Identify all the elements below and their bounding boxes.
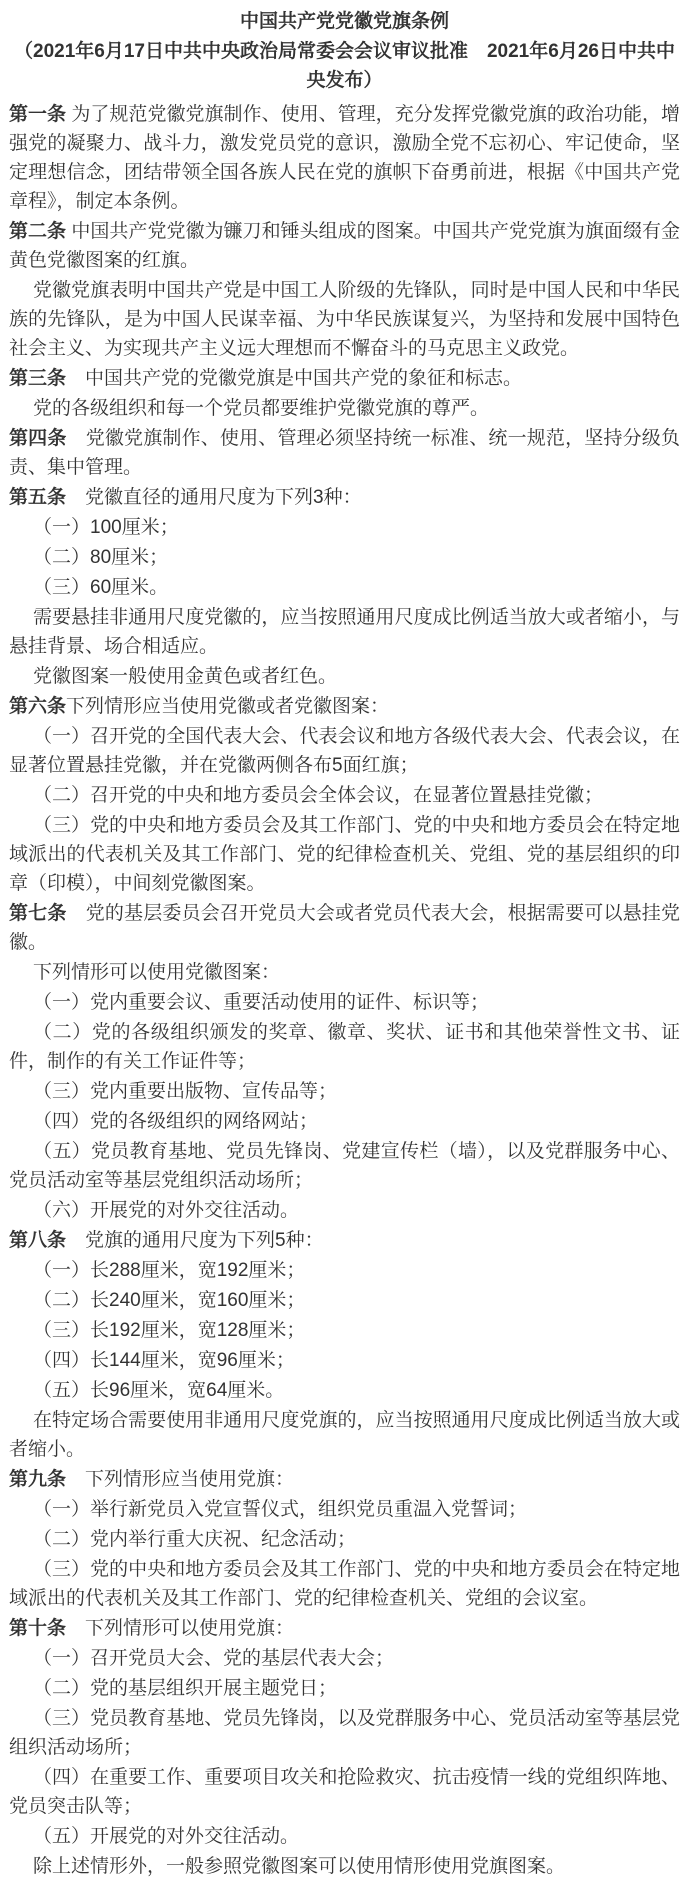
article-label: 第三条	[9, 368, 66, 389]
paragraph: （二）党的基层组织开展主题党日；	[9, 1674, 680, 1703]
paragraph: 党徽图案一般使用金黄色或者红色。	[9, 662, 680, 691]
paragraph: 下列情形可以使用党徽图案：	[9, 958, 680, 987]
article-paragraph: 第八条 党旗的通用尺度为下列5种：	[9, 1226, 680, 1255]
paragraph: （二）党的各级组织颁发的奖章、徽章、奖状、证书和其他荣誉性文书、证件，制作的有关…	[9, 1018, 680, 1076]
article-paragraph: 第三条 中国共产党的党徽党旗是中国共产党的象征和标志。	[9, 364, 680, 393]
paragraph: （三）长192厘米，宽128厘米；	[9, 1316, 680, 1345]
paragraph: （二）长240厘米，宽160厘米；	[9, 1286, 680, 1315]
paragraph: （一）召开党员大会、党的基层代表大会；	[9, 1644, 680, 1673]
paragraph: （二）80厘米；	[9, 543, 680, 572]
paragraph: （三）60厘米。	[9, 573, 680, 602]
paragraph: （二）党内举行重大庆祝、纪念活动；	[9, 1525, 680, 1554]
paragraph: （三）党内重要出版物、宣传品等；	[9, 1077, 680, 1106]
article-label: 第二条	[9, 221, 66, 242]
paragraph: （五）长96厘米，宽64厘米。	[9, 1376, 680, 1405]
article-paragraph: 第七条 党的基层委员会召开党员大会或者党员代表大会，根据需要可以悬挂党徽。	[9, 899, 680, 957]
article-label: 第十条	[9, 1618, 66, 1639]
paragraph: （三）党的中央和地方委员会及其工作部门、党的中央和地方委员会在特定地域派出的代表…	[9, 811, 680, 898]
paragraph: （一）召开党的全国代表大会、代表会议和地方各级代表大会、代表会议，在显著位置悬挂…	[9, 722, 680, 780]
paragraph: （六）开展党的对外交往活动。	[9, 1196, 680, 1225]
paragraph: （一）长288厘米，宽192厘米；	[9, 1256, 680, 1285]
paragraph: 在特定场合需要使用非通用尺度党旗的，应当按照通用尺度成比例适当放大或者缩小。	[9, 1406, 680, 1464]
document-body: 第一条 为了规范党徽党旗制作、使用、管理，充分发挥党徽党旗的政治功能，增强党的凝…	[9, 100, 680, 1881]
article-label: 第九条	[9, 1469, 66, 1490]
regulation-document: 中国共产党党徽党旗条例 （2021年6月17日中共中央政治局常委会会议审议批准 …	[9, 7, 680, 1881]
article-paragraph: 第五条 党徽直径的通用尺度为下列3种：	[9, 483, 680, 512]
paragraph: （一）100厘米；	[9, 513, 680, 542]
article-label: 第四条	[9, 428, 67, 449]
page: { "theme": { "background": "#ffffff", "t…	[0, 0, 689, 1892]
article-label: 第一条	[9, 104, 66, 125]
paragraph: （四）党的各级组织的网络网站；	[9, 1107, 680, 1136]
paragraph: （四）长144厘米，宽96厘米；	[9, 1346, 680, 1375]
article-paragraph: 第一条 为了规范党徽党旗制作、使用、管理，充分发挥党徽党旗的政治功能，增强党的凝…	[9, 100, 680, 216]
paragraph: 党徽党旗表明中国共产党是中国工人阶级的先锋队，同时是中国人民和中华民族的先锋队，…	[9, 276, 680, 363]
article-label: 第五条	[9, 487, 66, 508]
article-paragraph: 第十条 下列情形可以使用党旗：	[9, 1614, 680, 1643]
paragraph: （三）党的中央和地方委员会及其工作部门、党的中央和地方委员会在特定地域派出的代表…	[9, 1555, 680, 1613]
article-label: 第六条	[9, 696, 66, 717]
paragraph: （一）党内重要会议、重要活动使用的证件、标识等；	[9, 988, 680, 1017]
document-title: 中国共产党党徽党旗条例	[9, 7, 680, 36]
paragraph: （四）在重要工作、重要项目攻关和抢险救灾、抗击疫情一线的党组织阵地、党员突击队等…	[9, 1763, 680, 1821]
article-paragraph: 第二条 中国共产党党徽为镰刀和锤头组成的图案。中国共产党党旗为旗面缀有金黄色党徽…	[9, 217, 680, 275]
article-paragraph: 第九条 下列情形应当使用党旗：	[9, 1465, 680, 1494]
article-label: 第七条	[9, 903, 67, 924]
article-paragraph: 第六条下列情形应当使用党徽或者党徽图案：	[9, 692, 680, 721]
paragraph: （五）开展党的对外交往活动。	[9, 1822, 680, 1851]
document-subtitle: （2021年6月17日中共中央政治局常委会会议审议批准 2021年6月26日中共…	[9, 37, 680, 95]
paragraph: 需要悬挂非通用尺度党徽的，应当按照通用尺度成比例适当放大或者缩小，与悬挂背景、场…	[9, 603, 680, 661]
paragraph: （一）举行新党员入党宣誓仪式，组织党员重温入党誓词；	[9, 1495, 680, 1524]
article-label: 第八条	[9, 1230, 66, 1251]
article-paragraph: 第四条 党徽党旗制作、使用、管理必须坚持统一标准、统一规范，坚持分级负责、集中管…	[9, 424, 680, 482]
paragraph: （二）召开党的中央和地方委员会全体会议，在显著位置悬挂党徽；	[9, 781, 680, 810]
paragraph: 除上述情形外，一般参照党徽图案可以使用情形使用党旗图案。	[9, 1852, 680, 1881]
paragraph: 党的各级组织和每一个党员都要维护党徽党旗的尊严。	[9, 394, 680, 423]
paragraph: （三）党员教育基地、党员先锋岗，以及党群服务中心、党员活动室等基层党组织活动场所…	[9, 1704, 680, 1762]
paragraph: （五）党员教育基地、党员先锋岗、党建宣传栏（墙），以及党群服务中心、党员活动室等…	[9, 1137, 680, 1195]
